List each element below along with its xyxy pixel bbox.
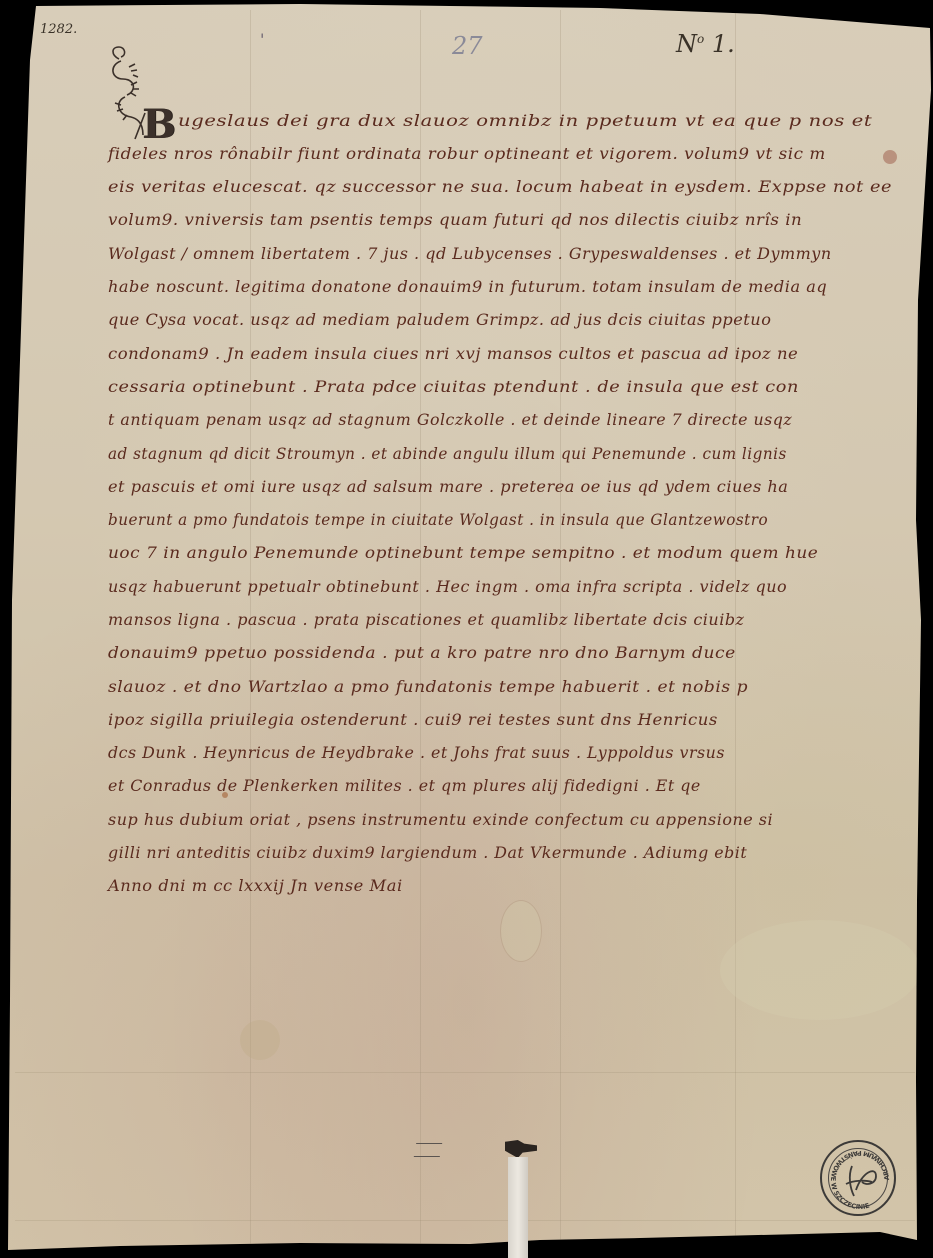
text-line: habe noscunt. legitima donatone donauim9…	[108, 278, 827, 296]
water-stain	[500, 900, 542, 962]
text-line: dcs Dunk . Heynricus de Heydbrake . et J…	[108, 744, 725, 762]
text-line: buerunt a pmo fundatois tempe in ciuitat…	[108, 511, 768, 529]
water-stain	[240, 1020, 280, 1060]
text-line: usqz habuerunt ppetualr obtinebunt . Hec…	[108, 578, 787, 596]
text-line: ugeslaus dei gra dux slauoz omnibz in pp…	[178, 112, 872, 130]
text-line: sup hus dubium oriat , psens instrumentu…	[108, 811, 773, 829]
text-line: slauoz . et dno Wartzlao a pmo fundatoni…	[108, 678, 748, 696]
text-line: gilli nri anteditis ciuibz duxim9 largie…	[108, 844, 747, 862]
document-number: No 1.	[676, 30, 735, 58]
pencil-tick-mark: '	[260, 30, 264, 49]
archive-stamp: ARCHIWUM PAŃSTWOWE W SZCZECINIE	[820, 1140, 896, 1216]
text-line: Anno dni m cc lxxxij Jn vense Mai	[108, 877, 403, 895]
text-line: cessaria optinebunt . Prata pdce ciuitas…	[108, 378, 799, 396]
text-line: ipoz sigilla priuilegia ostenderunt . cu…	[108, 711, 718, 729]
text-line: eis veritas elucescat. qz successor ne s…	[108, 178, 892, 196]
ink-stain	[883, 150, 897, 164]
pencil-mark	[414, 1143, 442, 1157]
text-line: Wolgast / omnem libertatem . 7 jus . qd …	[108, 245, 832, 263]
number-prefix: N	[676, 30, 697, 58]
archive-monogram-icon: ARCHIWUM PAŃSTWOWE W SZCZECINIE	[822, 1142, 898, 1218]
text-line: mansos ligna . pascua . prata piscatione…	[108, 611, 744, 629]
initial-letter: B	[142, 105, 176, 145]
seal-strip	[508, 1157, 528, 1258]
text-line: t antiquam penam usqz ad stagnum Golczko…	[108, 411, 792, 429]
text-line: et Conradus de Plenkerken milites . et q…	[108, 777, 701, 795]
text-line: et pascuis et omi iure usqz ad salsum ma…	[108, 478, 788, 496]
text-line: condonam9 . Jn eadem insula ciues nri xv…	[108, 345, 798, 363]
archival-year-note: 1282.	[40, 22, 77, 37]
number-value: 1.	[712, 30, 735, 58]
text-line: ad stagnum qd dicit Stroumyn . et abinde…	[108, 445, 787, 463]
fold-line	[15, 1072, 915, 1073]
text-line: uoc 7 in angulo Penemunde optinebunt tem…	[108, 544, 818, 562]
text-line: donauim9 ppetuo possidenda . put a kro p…	[108, 644, 736, 662]
text-line: que Cysa vocat. usqz ad mediam paludem G…	[108, 311, 771, 329]
text-line: volum9. vniversis tam psentis temps quam…	[108, 211, 802, 229]
fold-line	[15, 1220, 915, 1221]
worn-area	[720, 920, 920, 1020]
folio-number: 27	[452, 32, 483, 60]
text-line: fideles nros rônabilr fiunt ordinata rob…	[108, 145, 826, 163]
number-superscript: o	[697, 32, 704, 46]
